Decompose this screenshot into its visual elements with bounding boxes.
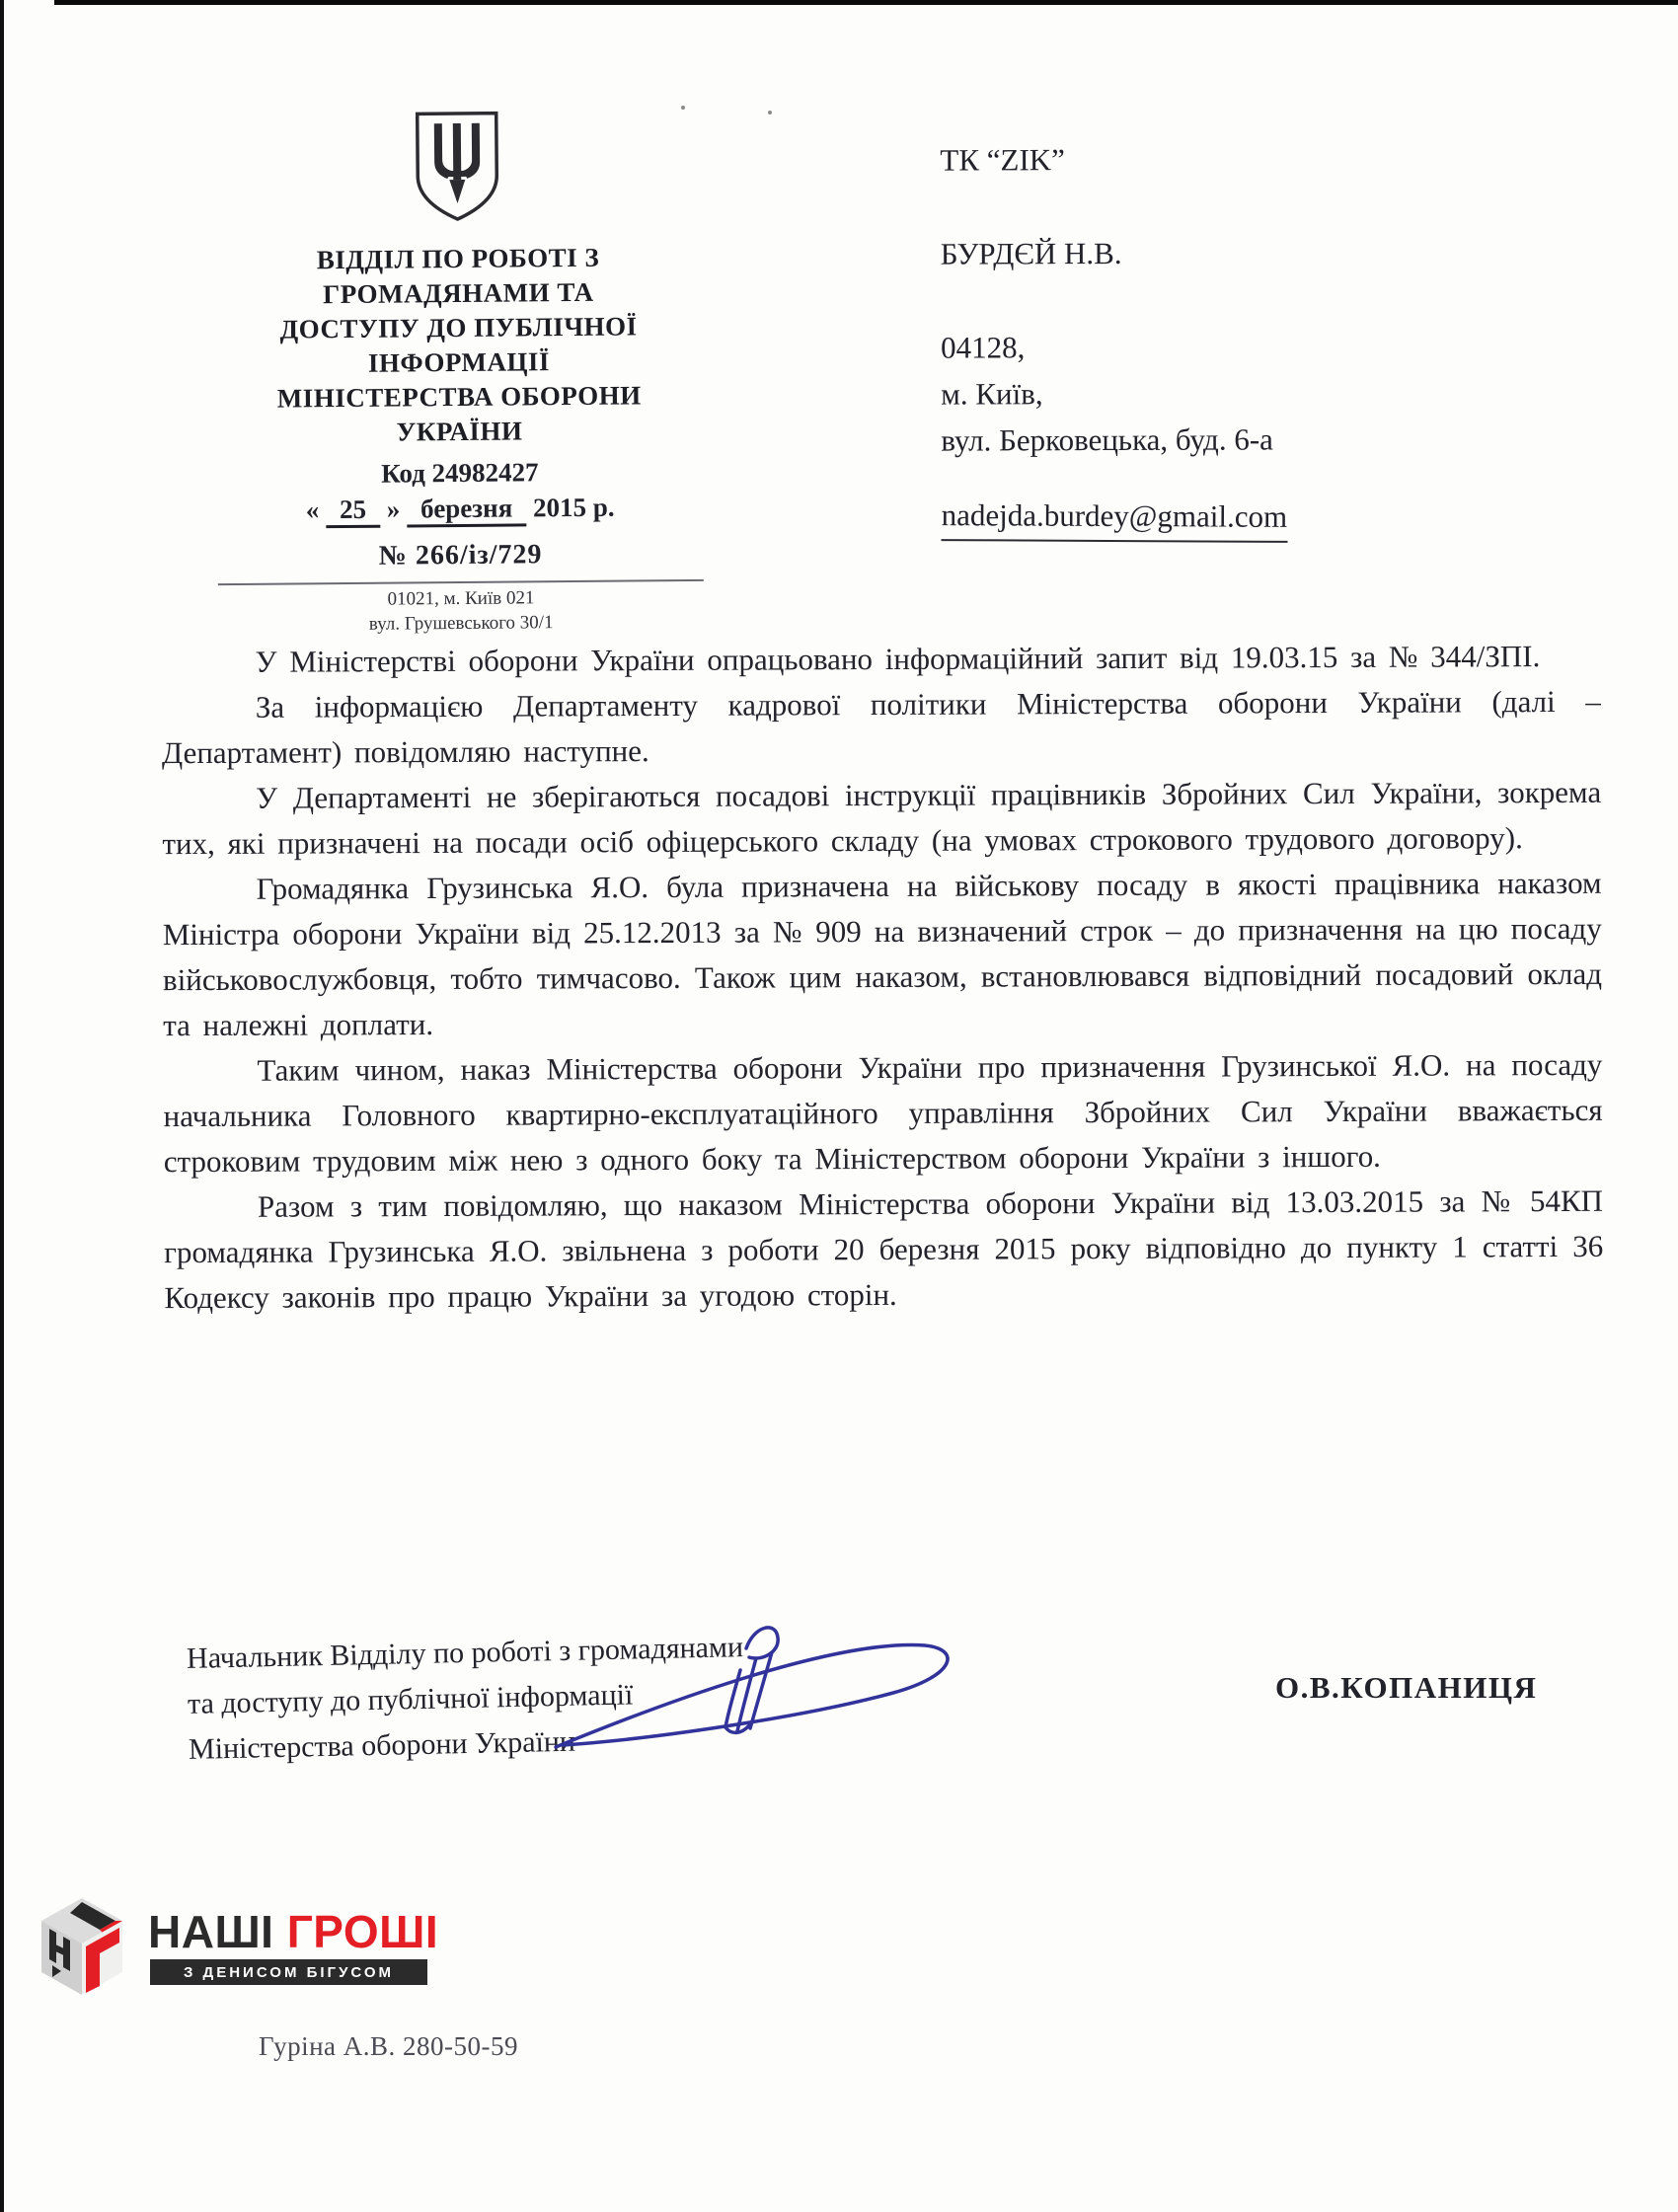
org-name: ВІДДІЛ ПО РОБОТІ З ГРОМАДЯНАМИ ТА ДОСТУП… [201, 240, 717, 452]
body-paragraph: Таким чином, наказ Міністерства оборони … [163, 1042, 1603, 1184]
recipient-name: БУРДЄЙ Н.В. [941, 229, 1287, 276]
footer-contact: Гуріна А.В. 280-50-59 [259, 2031, 518, 2062]
body-paragraph: За інформацією Департаменту кадрової пол… [162, 679, 1601, 776]
scan-speck [768, 111, 772, 114]
recipient-street: вул. Берковецька, буд. 6-а [941, 416, 1287, 463]
recipient-postcode: 04128, [941, 323, 1287, 370]
logo-title-red: ГРОШІ [287, 1906, 438, 1957]
doc-date-year: 2015 р. [533, 493, 615, 523]
doc-date-day: 25 [326, 495, 380, 528]
letter-body: У Міністерстві оборони України опрацьова… [162, 634, 1604, 1321]
scan-edge-top [54, 0, 1678, 5]
doc-date: « 25 » березня 2015 р. [203, 492, 717, 527]
logo-subtitle-bar: З ДЕНИСОМ БІГУСОМ [150, 1959, 427, 1985]
body-paragraph: У Департаменті не зберігаються посадові … [162, 770, 1601, 867]
org-name-line: ІНФОРМАЦІЇ [202, 343, 716, 383]
org-name-line: УКРАЇНИ [202, 413, 716, 452]
signatory-name: О.В.КОПАНИЦЯ [1275, 1670, 1537, 1706]
org-name-line: ДОСТУПУ ДО ПУБЛІЧНОЇ [201, 309, 715, 348]
body-paragraph: Громадянка Грузинська Я.О. була призначе… [163, 861, 1603, 1048]
scanned-letter-page: ВІДДІЛ ПО РОБОТІ З ГРОМАДЯНАМИ ТА ДОСТУП… [0, 0, 1678, 2212]
ukraine-trident-emblem-icon [413, 111, 502, 229]
nashi-hroshi-cube-icon [39, 1897, 124, 2001]
body-paragraph: Разом з тим повідомляю, що наказом Мініс… [164, 1179, 1604, 1321]
logo-subtitle: З ДЕНИСОМ БІГУСОМ [184, 1964, 394, 1981]
org-name-line: МІНІСТЕРСТВА ОБОРОНИ [202, 378, 716, 418]
logo-title-black: НАШІ [148, 1906, 273, 1957]
org-code: Код 24982427 [203, 456, 717, 492]
scan-edge-left [0, 0, 4, 2212]
letterhead-address: 01021, м. Київ 021 вул. Грушевського 30/… [204, 584, 718, 639]
recipient-city: м. Київ, [941, 369, 1287, 417]
doc-date-month: березня [407, 493, 526, 527]
quote-close: » [387, 495, 401, 524]
quote-open: « [306, 495, 320, 524]
logo-title: НАШІ ГРОШІ [148, 1905, 438, 1958]
recipient-email: nadejda.burdey@gmail.com [942, 492, 1288, 543]
org-name-line: ВІДДІЛ ПО РОБОТІ З [201, 240, 715, 279]
letterhead-address-line: вул. Грушевського 30/1 [204, 609, 718, 639]
recipient-block: ТК “ZIK” БУРДЄЙ Н.В. 04128, м. Київ, вул… [940, 135, 1287, 542]
recipient-company: ТК “ZIK” [940, 135, 1286, 183]
org-name-line: ГРОМАДЯНАМИ ТА [201, 274, 715, 314]
handwritten-signature-icon [538, 1609, 972, 1767]
doc-number: № 266/із/729 [203, 538, 717, 574]
body-paragraph: У Міністерстві оборони України опрацьова… [162, 634, 1601, 685]
letterhead: ВІДДІЛ ПО РОБОТІ З ГРОМАДЯНАМИ ТА ДОСТУП… [200, 109, 719, 639]
